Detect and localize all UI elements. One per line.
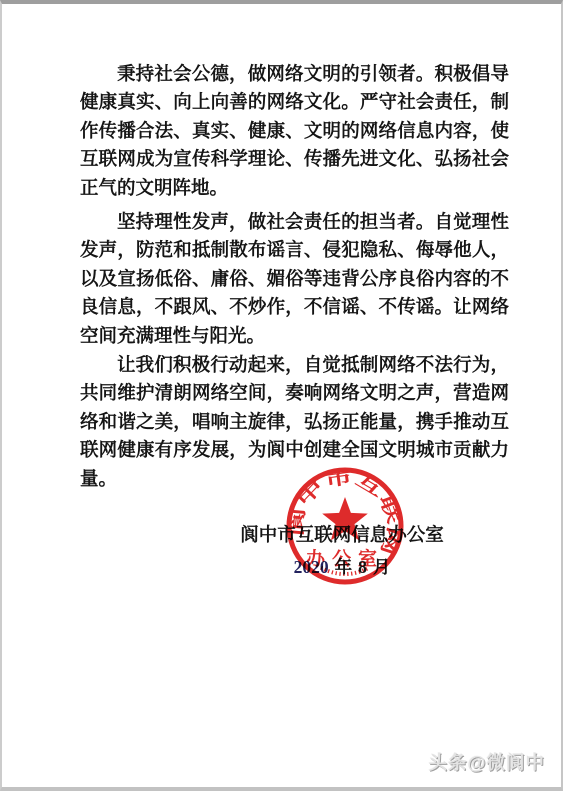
paragraph: 秉持社会公德，做网络文明的引领者。积极倡导健康真实、向上向善的网络文化。严守社会… <box>80 60 509 203</box>
paragraph: 坚持理性发声，做社会责任的担当者。自觉理性发声，防范和抵制散布谣言、侵犯隐私、侮… <box>80 208 509 351</box>
paragraph-text: 积极倡导健康真实、向上向善的网络文化。严守社会责任，制作传播合法、真实、健康、文… <box>80 65 509 199</box>
document-page: 秉持社会公德，做网络文明的引领者。积极倡导健康真实、向上向善的网络文化。严守社会… <box>0 0 563 791</box>
paragraph-text: 自觉理性发声，防范和抵制散布谣言、侵犯隐私、侮辱他人，以及宣扬低俗、庸俗、媚俗等… <box>80 213 509 347</box>
seal-bottom-text: 办公室 <box>306 547 384 570</box>
paragraph-lead-bold: 秉持社会公德，做网络文明的引领者。 <box>117 63 434 84</box>
watermark-toutiao: 头条@微阆中 <box>428 749 545 775</box>
seal-star-icon <box>322 497 368 540</box>
document-body: 秉持社会公德，做网络文明的引领者。积极倡导健康真实、向上向善的网络文化。严守社会… <box>80 60 509 494</box>
official-seal-stamp: 阆中市互联网信息 办公室 <box>284 466 406 586</box>
paragraph-lead-bold: 坚持理性发声，做社会责任的担当者。 <box>117 211 434 232</box>
